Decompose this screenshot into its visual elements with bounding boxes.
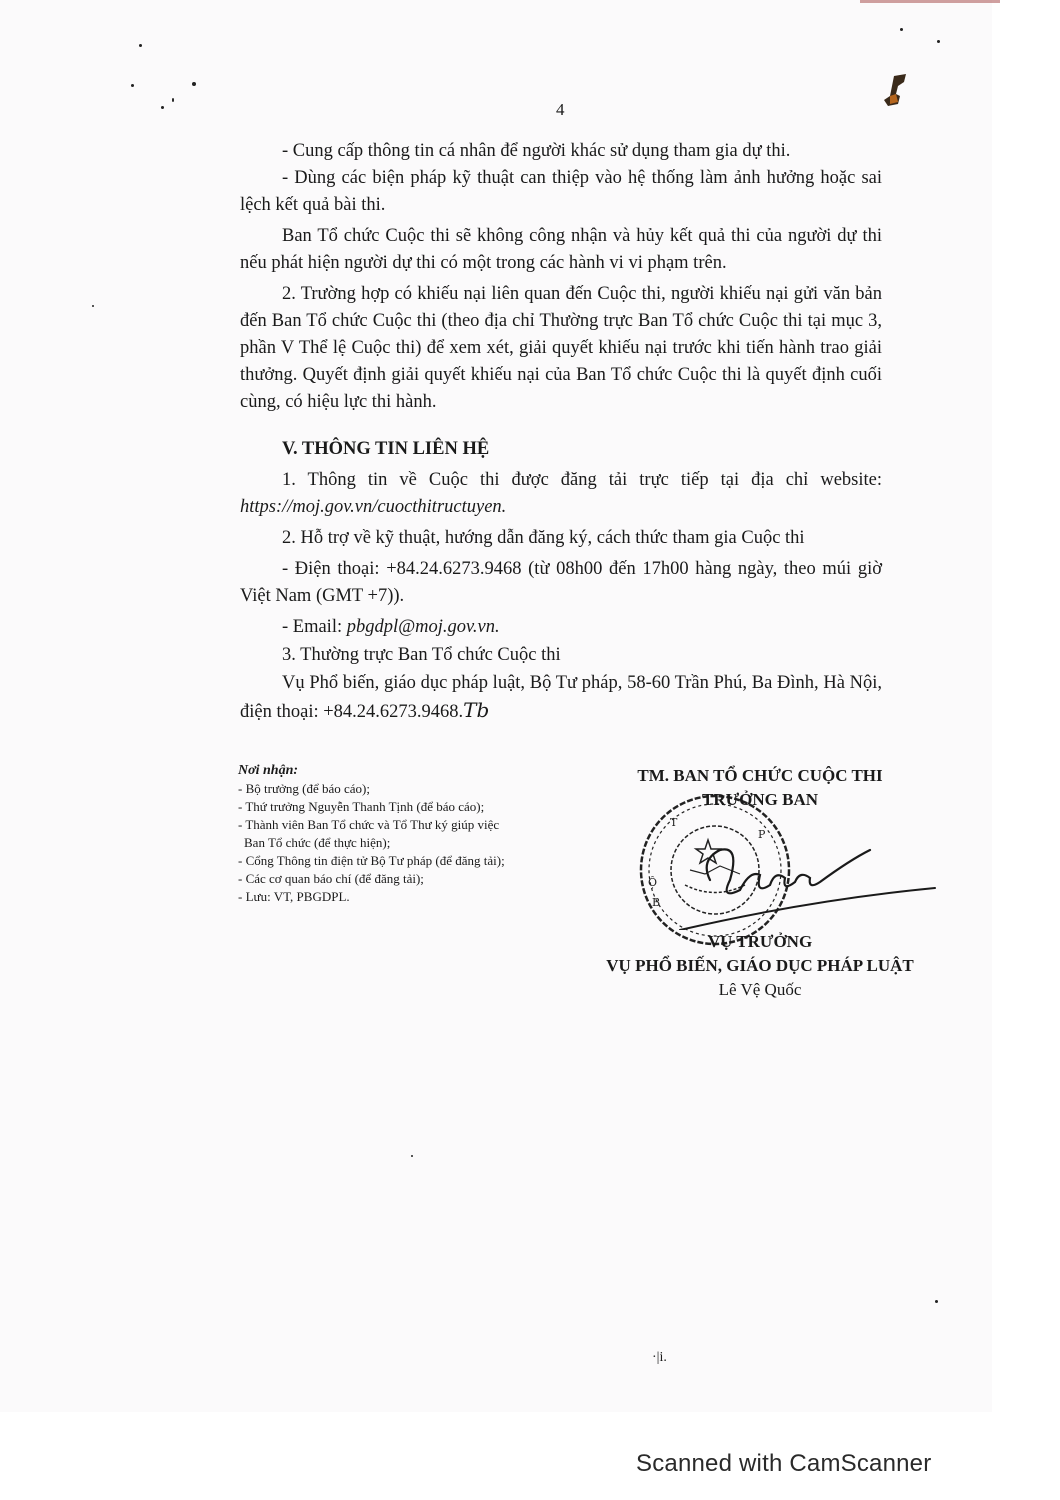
recipient-item: - Thứ trưởng Nguyễn Thanh Tịnh (để báo c… — [238, 798, 598, 816]
email-label: - Email: — [282, 617, 347, 637]
recipient-item: - Lưu: VT, PBGDPL. — [238, 888, 598, 906]
recipients-title: Nơi nhận: — [238, 762, 598, 780]
paragraph: 2. Trường hợp có khiếu nại liên quan đến… — [240, 281, 882, 416]
camscanner-watermark: Scanned with CamScanner — [636, 1450, 931, 1478]
signature-department: VỤ PHỔ BIẾN, GIÁO DỤC PHÁP LUẬT — [590, 954, 930, 978]
dust-speck — [935, 1300, 938, 1303]
dust-speck — [937, 40, 940, 43]
recipient-item: - Bộ trưởng (để báo cáo); — [238, 780, 598, 798]
dust-speck — [900, 28, 903, 31]
handwritten-initials: Tb — [463, 698, 489, 722]
page-edge-mark — [860, 0, 1000, 3]
recipient-item: - Thành viên Ban Tổ chức và Tổ Thư ký gi… — [238, 816, 598, 834]
dust-speck — [139, 44, 142, 47]
paragraph-email: - Email: pbgdpl@moj.gov.vn. — [240, 614, 882, 641]
page-number: 4 — [556, 100, 565, 120]
paragraph-phone: - Điện thoại: +84.24.6273.9468 (từ 08h00… — [240, 556, 882, 610]
signature-role: TRƯỞNG BAN — [590, 788, 930, 812]
recipients-list: Nơi nhận: - Bộ trưởng (để báo cáo); - Th… — [238, 762, 598, 906]
section-heading: V. THÔNG TIN LIÊN HỆ — [240, 436, 882, 463]
paragraph: - Dùng các biện pháp kỹ thuật can thiệp … — [240, 165, 882, 219]
dust-speck — [131, 84, 134, 87]
paragraph: - Cung cấp thông tin cá nhân để người kh… — [240, 138, 882, 165]
address-text: Vụ Phổ biến, giáo dục pháp luật, Bộ Tư p… — [240, 673, 882, 722]
recipient-item: Ban Tổ chức (để thực hiện); — [238, 834, 598, 852]
signature-title: VỤ TRƯỞNG — [590, 930, 930, 954]
section-contact-info: V. THÔNG TIN LIÊN HỆ 1. Thông tin về Cuộ… — [240, 436, 882, 726]
signer-name: Lê Vệ Quốc — [590, 978, 930, 1002]
dust-speck — [92, 305, 94, 307]
website-intro: 1. Thông tin về Cuộc thi được đăng tải t… — [282, 470, 882, 490]
website-link[interactable]: https://moj.gov.vn/cuocthitructuyen. — [240, 497, 506, 517]
signature-org: TM. BAN TỔ CHỨC CUỘC THI — [590, 764, 930, 788]
dust-speck — [411, 1155, 413, 1157]
paragraph-support: 2. Hỗ trợ về kỹ thuật, hướng dẫn đăng ký… — [240, 525, 882, 552]
dust-speck — [172, 98, 174, 102]
paragraph-address: Vụ Phổ biến, giáo dục pháp luật, Bộ Tư p… — [240, 670, 882, 726]
paragraph: Ban Tổ chức Cuộc thi sẽ không công nhận … — [240, 223, 882, 277]
paragraph-website: 1. Thông tin về Cuộc thi được đăng tải t… — [240, 467, 882, 521]
footer-marks: ·|i. — [652, 1350, 667, 1366]
handwritten-signature-icon — [660, 820, 940, 930]
recipient-item: - Cổng Thông tin điện tử Bộ Tư pháp (để … — [238, 852, 598, 870]
burn-mark-icon — [882, 72, 910, 108]
paragraph-standing-office: 3. Thường trực Ban Tổ chức Cuộc thi — [240, 642, 882, 669]
body-section-rules: - Cung cấp thông tin cá nhân để người kh… — [240, 138, 882, 416]
recipient-item: - Các cơ quan báo chí (để đăng tải); — [238, 870, 598, 888]
dust-speck — [192, 82, 196, 86]
email-link[interactable]: pbgdpl@moj.gov.vn. — [347, 617, 500, 637]
dust-speck — [161, 106, 164, 109]
